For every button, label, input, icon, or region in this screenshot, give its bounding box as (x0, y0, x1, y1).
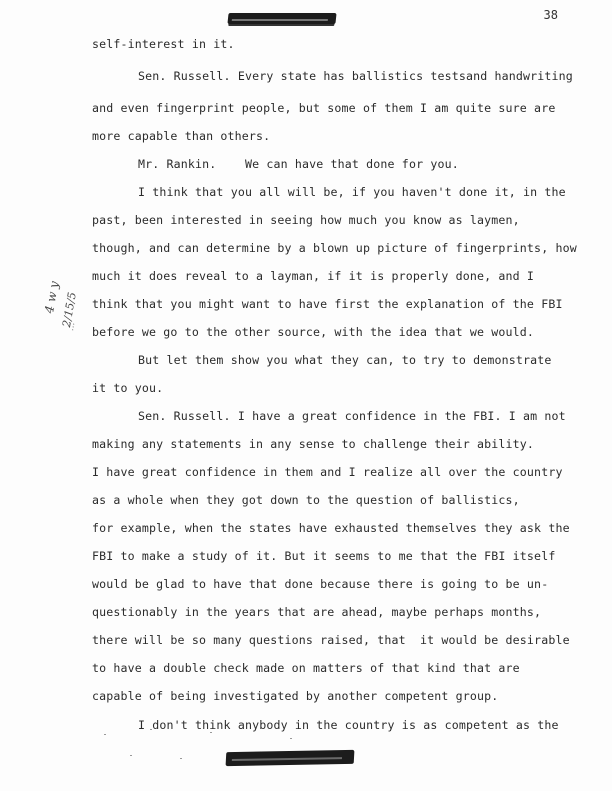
transcript-line: to have a double check made on matters o… (92, 661, 520, 675)
transcript-line: as a whole when they got down to the que… (92, 493, 520, 507)
scan-speck (104, 734, 106, 735)
transcript-line: for example, when the states have exhaus… (92, 521, 570, 535)
transcript-line: Mr. Rankin. We can have that done for yo… (138, 157, 459, 171)
transcript-line: self-interest in it. (92, 37, 235, 51)
transcript-line: I don't think anybody in the country is … (138, 718, 559, 732)
scan-speck (180, 758, 182, 759)
scan-speck (130, 755, 132, 756)
transcript-line: But let them show you what they can, to … (138, 353, 552, 367)
transcript-line: past, been interested in seeing how much… (92, 213, 520, 227)
transcript-line: Sen. Russell. Every state has ballistics… (138, 69, 573, 83)
redaction-bar-top (227, 13, 336, 24)
scan-speck (290, 738, 292, 739)
scan-speck (150, 729, 152, 730)
transcript-line: FBI to make a study of it. But it seems … (92, 549, 555, 563)
transcript-line: much it does reveal to a layman, if it i… (92, 269, 534, 283)
transcript-line: there will be so many questions raised, … (92, 633, 570, 647)
transcript-line: it to you. (92, 381, 163, 395)
transcript-line: capable of being investigated by another… (92, 689, 498, 703)
scan-speck (210, 732, 212, 733)
transcript-line: questionably in the years that are ahead… (92, 605, 541, 619)
transcript-line: before we go to the other source, with t… (92, 325, 534, 339)
page-number: 38 (544, 8, 558, 22)
transcript-line: though, and can determine by a blown up … (92, 241, 577, 255)
transcript-line: I think that you all will be, if you hav… (138, 185, 566, 199)
document-page: 38 4 w y 2/15/5 ... self-interest in it.… (0, 0, 612, 791)
transcript-line: more capable than others. (92, 129, 270, 143)
margin-note-line-1: 4 w y (42, 280, 61, 314)
redaction-bar-bottom (226, 750, 355, 766)
transcript-line: Sen. Russell. I have a great confidence … (138, 409, 566, 423)
transcript-line: would be glad to have that done because … (92, 577, 548, 591)
transcript-line: think that you might want to have first … (92, 297, 563, 311)
transcript-line: making any statements in any sense to ch… (92, 437, 534, 451)
transcript-line: I have great confidence in them and I re… (92, 465, 563, 479)
transcript-line: and even fingerprint people, but some of… (92, 101, 555, 115)
handwritten-margin-annotation: 4 w y 2/15/5 ... (40, 250, 84, 330)
margin-note-line-3: ... (66, 322, 77, 332)
